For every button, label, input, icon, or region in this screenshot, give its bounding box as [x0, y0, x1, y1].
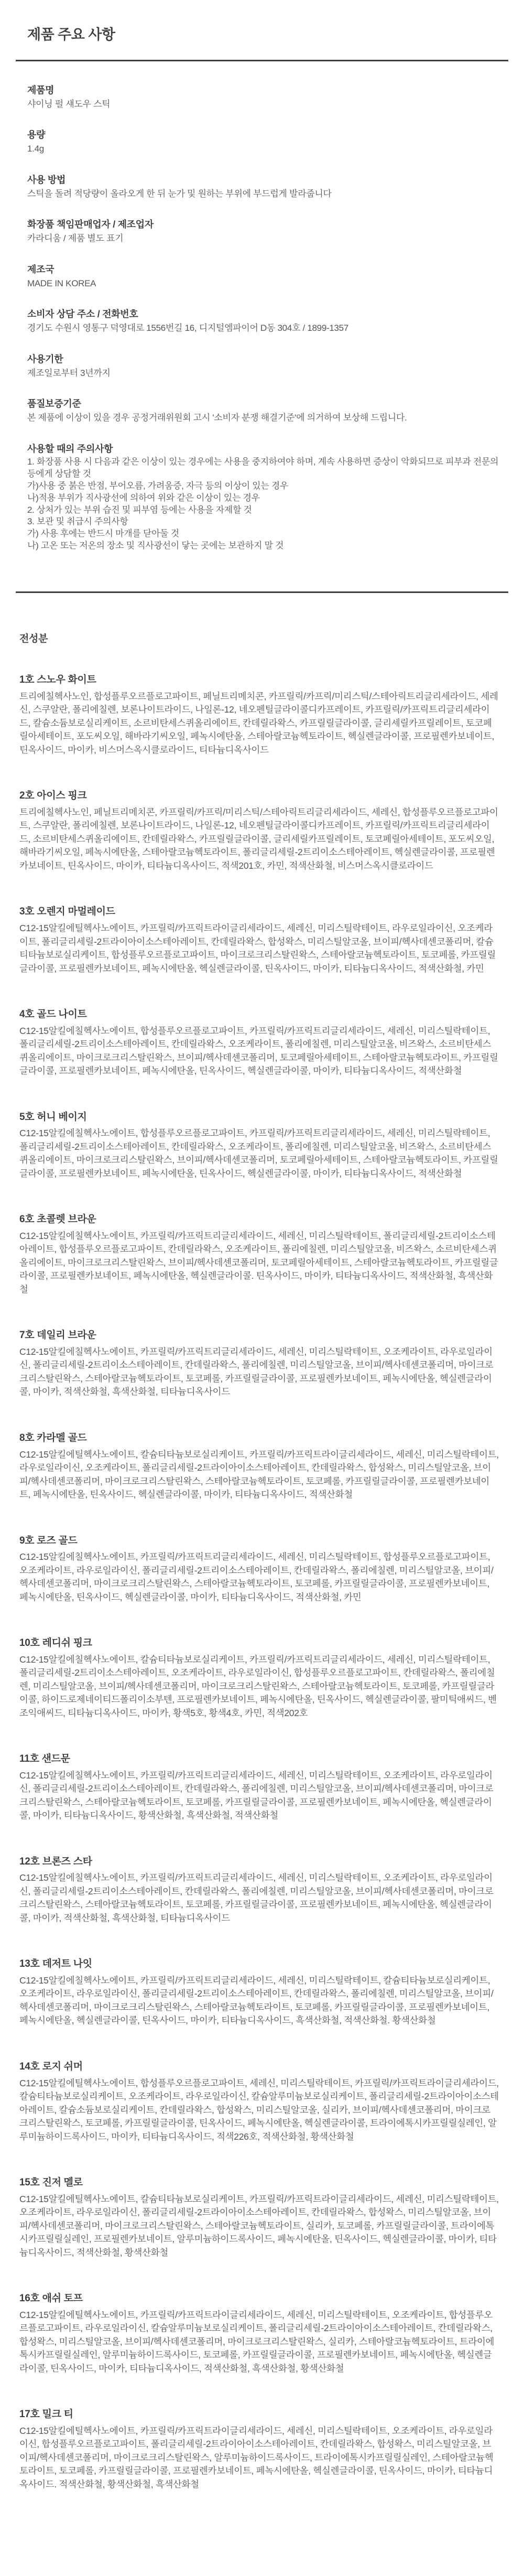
ingredient-entry: 11호 샌드문 C12-15알킬에칠헥사노에이트, 카프릴릭/카프릭트리글리세라… — [19, 1752, 499, 1823]
info-field: 품질보증기준 본 제품에 이상이 있을 경우 공정거래위원회 고시 '소비자 분… — [27, 397, 499, 425]
caution-line: 3. 보관 및 취급시 주의사항 — [27, 516, 499, 528]
ingredient-entry: 12호 브론즈 스타 C12-15알킬에칠헥사노에이트, 카프릴릭/카프릭트리글… — [19, 1855, 499, 1925]
shade-name: 5호 허니 베이지 — [19, 1111, 499, 1125]
info-field: 소비자 상담 주소 / 전화번호 경기도 수원시 영통구 덕영대로 1556번길… — [27, 307, 499, 335]
shade-ingredients: C12-15알킬에틸헥사노에이트, 카프릴릭/카프릭트라이글리세라이드, 세레신… — [19, 922, 499, 975]
shade-ingredients: C12-15알킬에칠헥사노에이트, 카프릴릭/카프릭트리글리세라이드, 세레신,… — [19, 1550, 499, 1604]
info-field: 제조국 MADE IN KOREA — [27, 263, 499, 290]
shade-name: 2호 아이스 핑크 — [19, 789, 499, 803]
shade-name: 8호 카라멜 골드 — [19, 1431, 499, 1446]
ingredient-entry: 5호 허니 베이지 C12-15알킬에칠헥사노에이트, 합성플루오르플로고파이트… — [19, 1111, 499, 1181]
field-label: 제품명 — [27, 83, 499, 98]
ingredient-entry: 14호 로지 쉬머 C12-15알킬에틸헥사노에이트, 합성플루오르플로고파이트… — [19, 2060, 499, 2143]
ingredient-entry: 2호 아이스 핑크 트리에칠헥사노인, 페닐트리메치콘, 카프릴릭/카프릭/미리… — [19, 789, 499, 872]
shade-name: 13호 데저트 나잇 — [19, 1957, 499, 1971]
ingredient-entry: 13호 데저트 나잇 C12-15알킬에칠헥사노에이트, 카프릴릭/카프릭트리글… — [19, 1957, 499, 2028]
shade-name: 16호 애쉬 토프 — [19, 2292, 499, 2306]
field-label: 용량 — [27, 128, 499, 142]
ingredient-entry: 6호 초콜렛 브라운 C12-15알킬에칠헥사노에이트, 카프릴릭/카프릭트리글… — [19, 1213, 499, 1296]
shade-ingredients: C12-15알킬에틸헥사노에이트, 카프릴릭/카프릭트라이글리세라이드, 세레신… — [19, 2424, 499, 2492]
info-field: 사용 방법 스틱을 돌려 적당량이 올라오게 한 뒤 눈가 및 원하는 부위에 … — [27, 173, 499, 201]
ingredients-heading: 전성분 — [19, 631, 499, 645]
caution-line: 2. 상처가 있는 부위 습진 및 피부염 등에는 사용을 자제할 것 — [27, 504, 499, 516]
field-label: 소비자 상담 주소 / 전화번호 — [27, 307, 499, 321]
shade-ingredients: C12-15알킬에칠헥사노에이트, 칼슘티타늄보로실리케이트, 카프릴릭/카프릭… — [19, 1653, 499, 1720]
shade-ingredients: C12-15알킬에칠헥사노에이트, 합성플루오르플로고파이트, 카프릴릭/카프릭… — [19, 1127, 499, 1180]
field-value: 샤이닝 펄 섀도우 스틱 — [27, 98, 499, 111]
ingredient-entry: 1호 스노우 화이트 트리에칠헥사노인, 합성플루오르플로고파이트, 페닐트리메… — [19, 673, 499, 757]
caution-line: 가) 사용 후에는 반드시 마개를 닫아둘 것 — [27, 528, 499, 540]
shade-ingredients: 트리에칠헥사노인, 페닐트리메치콘, 카프릴릭/카프릭/미리스틱/스테아릭트리글… — [19, 806, 499, 873]
info-field: 화장품 책임판매업자 / 제조업자 카라디움 / 제품 별도 표기 — [27, 218, 499, 245]
shade-name: 4호 골드 나이트 — [19, 1008, 499, 1022]
ingredient-entries: 1호 스노우 화이트 트리에칠헥사노인, 합성플루오르플로고파이트, 페닐트리메… — [19, 673, 499, 2491]
shade-name: 7호 데일리 브라운 — [19, 1329, 499, 1343]
field-label: 사용기한 — [27, 352, 499, 367]
ingredient-entry: 4호 골드 나이트 C12-15알킬에칠헥사노에이트, 합성플루오르플로고파이트… — [19, 1008, 499, 1078]
shade-name: 12호 브론즈 스타 — [19, 1855, 499, 1869]
shade-name: 6호 초콜렛 브라운 — [19, 1213, 499, 1227]
shade-ingredients: C12-15알킬에틸헥사노에이트, 칼슘티타늄보로실리케이트, 카프릴릭/카프릭… — [19, 2193, 499, 2260]
ingredients-section: 전성분 1호 스노우 화이트 트리에칠헥사노인, 합성플루오르플로고파이트, 페… — [16, 593, 508, 2549]
info-field: 사용할 때의 주의사항 1. 화장품 사용 시 다음과 같은 이상이 있는 경우… — [27, 442, 499, 553]
shade-name: 17호 밀크 티 — [19, 2408, 499, 2422]
product-info-section: 제품명 샤이닝 펄 섀도우 스틱 용량 1.4g 사용 방법 스틱을 돌려 적당… — [16, 61, 508, 553]
shade-ingredients: C12-15알킬에틸헥사노에이트, 합성플루오르플로고파이트, 세레신, 미리스… — [19, 2077, 499, 2144]
field-label: 사용 방법 — [27, 173, 499, 187]
shade-ingredients: C12-15알킬에칠헥사노에이트, 합성플루오르플로고파이트, 카프릴릭/카프릭… — [19, 1025, 499, 1078]
field-label: 화장품 책임판매업자 / 제조업자 — [27, 218, 499, 232]
field-value: 스틱을 돌려 적당량이 올라오게 한 뒤 눈가 및 원하는 부위에 부드럽게 발… — [27, 187, 499, 201]
caution-line: 나) 고온 또는 저온의 장소 및 직사광선이 닿는 곳에는 보관하지 말 것 — [27, 540, 499, 552]
field-value: MADE IN KOREA — [27, 277, 499, 290]
field-value: 본 제품에 이상이 있을 경우 공정거래위원회 고시 '소비자 분쟁 해결기준'… — [27, 411, 499, 425]
product-detail-page: 제품 주요 사항 제품명 샤이닝 펄 섀도우 스틱 용량 1.4g 사용 방법 … — [16, 0, 508, 2549]
page-title: 제품 주요 사항 — [27, 26, 508, 44]
caution-line: 나)적용 부위가 직사광선에 의하여 위와 같은 이상이 있는 경우 — [27, 492, 499, 504]
field-value: 카라디움 / 제품 별도 표기 — [27, 232, 499, 245]
shade-name: 3호 오렌지 마멀레이드 — [19, 905, 499, 919]
caution-line: 1. 화장품 사용 시 다음과 같은 이상이 있는 경우에는 사용을 중지하여야… — [27, 456, 499, 480]
ingredient-entry: 8호 카라멜 골드 C12-15알킬에틸헥사노에이트, 칼슘티타늄보로실리케이트… — [19, 1431, 499, 1502]
info-field: 용량 1.4g — [27, 128, 499, 156]
shade-name: 1호 스노우 화이트 — [19, 673, 499, 687]
shade-ingredients: C12-15알킬에칠헥사노에이트, 카프릴릭/카프릭트리글리세라이드, 세레신,… — [19, 1974, 499, 2028]
caution-line: 가)사용 중 붉은 반점, 부어오름, 가려움증, 자극 등의 이상이 있는 경… — [27, 480, 499, 492]
ingredient-entry: 16호 애쉬 토프 C12-15알킬에틸헥사노에이트, 카프릴릭/카프릭트라이글… — [19, 2292, 499, 2375]
shade-ingredients: C12-15알킬에칠헥사노에이트, 카프릴릭/카프릭트리글리세라이드, 세레신,… — [19, 1230, 499, 1297]
shade-name: 10호 레디쉬 핑크 — [19, 1636, 499, 1651]
shade-ingredients: C12-15알킬에칠헥사노에이트, 카프릴릭/카프릭트리글리세라이드, 세레신,… — [19, 1769, 499, 1823]
field-value: 제조일로부터 3년까지 — [27, 367, 499, 380]
shade-name: 11호 샌드문 — [19, 1752, 499, 1766]
field-value: 경기도 수원시 영통구 덕영대로 1556번길 16, 디지털엠파이어 D동 3… — [27, 321, 499, 335]
ingredient-entry: 15호 진저 멜로 C12-15알킬에틸헥사노에이트, 칼슘티타늄보로실리케이트… — [19, 2176, 499, 2259]
shade-ingredients: C12-15알킬에칠헥사노에이트, 카프릴릭/카프릭트리글리세라이드, 세레신,… — [19, 1871, 499, 1925]
shade-ingredients: 트리에칠헥사노인, 합성플루오르플로고파이트, 페닐트리메치콘, 카프릴릭/카프… — [19, 690, 499, 757]
ingredient-entry: 9호 로즈 골드 C12-15알킬에칠헥사노에이트, 카프릴릭/카프릭트리글리세… — [19, 1534, 499, 1604]
field-label: 사용할 때의 주의사항 — [27, 442, 499, 456]
ingredient-entry: 3호 오렌지 마멀레이드 C12-15알킬에틸헥사노에이트, 카프릴릭/카프릭트… — [19, 905, 499, 975]
info-field: 사용기한 제조일로부터 3년까지 — [27, 352, 499, 380]
ingredient-entry: 17호 밀크 티 C12-15알킬에틸헥사노에이트, 카프릴릭/카프릭트라이글리… — [19, 2408, 499, 2491]
shade-name: 9호 로즈 골드 — [19, 1534, 499, 1548]
shade-ingredients: C12-15알킬에틸헥사노에이트, 카프릴릭/카프릭트라이글리세라이드, 세레신… — [19, 2309, 499, 2376]
info-field: 제품명 샤이닝 펄 섀도우 스틱 — [27, 83, 499, 111]
ingredient-entry: 7호 데일리 브라운 C12-15알킬에칠헥사노에이트, 카프릴릭/카프릭트리글… — [19, 1329, 499, 1399]
field-label: 제조국 — [27, 263, 499, 277]
shade-name: 14호 로지 쉬머 — [19, 2060, 499, 2074]
shade-ingredients: C12-15알킬에칠헥사노에이트, 카프릴릭/카프릭트리글리세라이드, 세레신,… — [19, 1345, 499, 1399]
ingredient-entry: 10호 레디쉬 핑크 C12-15알킬에칠헥사노에이트, 칼슘티타늄보로실리케이… — [19, 1636, 499, 1720]
shade-name: 15호 진저 멜로 — [19, 2176, 499, 2190]
field-label: 품질보증기준 — [27, 397, 499, 411]
shade-ingredients: C12-15알킬에틸헥사노에이트, 칼슘티타늄보로실리케이트, 카프릴릭/카프릭… — [19, 1448, 499, 1502]
field-value: 1.4g — [27, 142, 499, 156]
field-value: 1. 화장품 사용 시 다음과 같은 이상이 있는 경우에는 사용을 중지하여야… — [27, 456, 499, 553]
